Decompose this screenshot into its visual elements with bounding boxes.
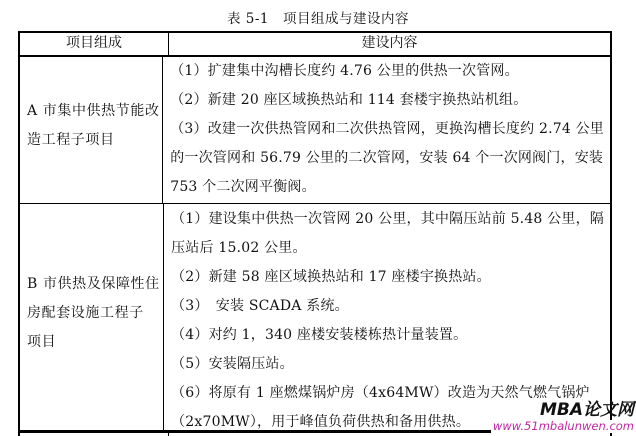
- header-content: 建设内容: [169, 33, 610, 55]
- component-cell: B 市供热及保障性住 房配套设施工程子 项目: [20, 204, 164, 430]
- watermark-url: www.51mbalunwen.com: [491, 420, 634, 433]
- component-text: 房配套设施工程子: [27, 299, 159, 328]
- header-component: 项目组成: [20, 33, 169, 55]
- table-row: A 市集中供热节能改 造工程子项目 （1）扩建集中沟槽长度约 4.76 公里的供…: [20, 57, 610, 204]
- content-line: 压站后 15.02 公里。: [171, 234, 604, 263]
- table-caption: 表 5-1 项目组成与建设内容: [0, 7, 636, 27]
- content-line: （1）建设集中供热一次管网 20 公里，其中隔压站前 5.48 公里，隔: [171, 205, 604, 234]
- content-line: （4）对约 1，340 座楼安装楼栋热计量装置。: [171, 321, 604, 350]
- table-row: B 市供热及保障性住 房配套设施工程子 项目 （1）建设集中供热一次管网 20 …: [20, 204, 610, 433]
- content-line: （2）新建 20 座区域换热站和 114 套楼宇换热站机组。: [170, 86, 604, 115]
- component-cell: A 市集中供热节能改 造工程子项目: [20, 57, 163, 203]
- watermark: MBA论文网 www.51mbalunwen.com: [491, 401, 634, 433]
- content-line: （3）改建一次供热管网和二次供热管网，更换沟槽长度约 2.74 公里: [170, 115, 604, 144]
- component-text: B 市供热及保障性住: [27, 270, 159, 299]
- content-line: （2）新建 58 座区域换热站和 17 座楼宇换热站。: [171, 263, 604, 292]
- content-line: （1）扩建集中沟槽长度约 4.76 公里的供热一次管网。: [170, 57, 604, 86]
- content-cell: （1）建设集中供热一次管网 20 公里，其中隔压站前 5.48 公里，隔 压站后…: [164, 204, 610, 430]
- component-text: A 市集中供热节能改: [27, 97, 158, 126]
- content-line: 753 个二次网平衡阀。: [170, 173, 604, 202]
- content-line: （3） 安装 SCADA 系统。: [171, 292, 604, 321]
- content-line: 的一次管网和 56.79 公里的二次管网，安装 64 个一次网阀门，安装: [170, 144, 604, 173]
- component-text: 造工程子项目: [27, 126, 158, 155]
- watermark-brand: MBA论文网: [491, 401, 634, 420]
- content-cell: （1）扩建集中沟槽长度约 4.76 公里的供热一次管网。 （2）新建 20 座区…: [163, 57, 610, 203]
- table-header-row: 项目组成 建设内容: [20, 31, 610, 57]
- component-text: 项目: [27, 328, 159, 357]
- project-table: 项目组成 建设内容 A 市集中供热节能改 造工程子项目 （1）扩建集中沟槽长度约…: [18, 31, 612, 433]
- content-line: （5）安装隔压站。: [171, 350, 604, 379]
